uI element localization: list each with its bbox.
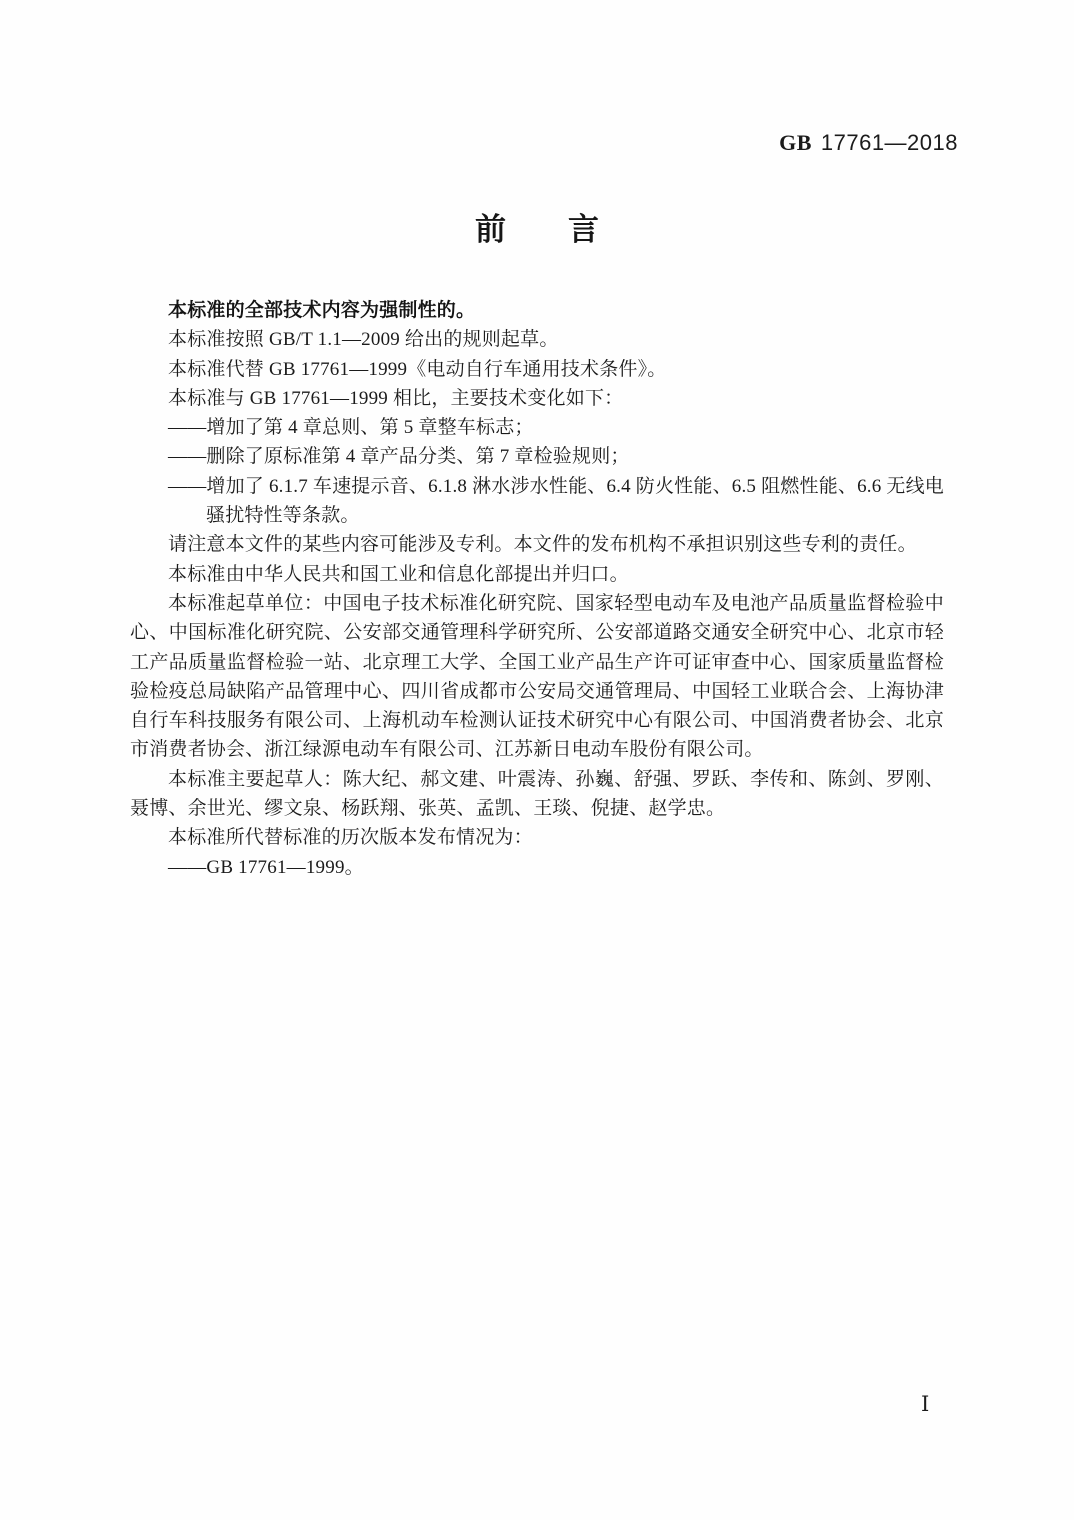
foreword-paragraph-patent-note: 请注意本文件的某些内容可能涉及专利。本文件的发布机构不承担识别这些专利的责任。 — [130, 530, 944, 559]
foreword-paragraph-history-intro: 本标准所代替标准的历次版本发布情况为： — [130, 823, 944, 852]
foreword-paragraph-drafting-orgs: 本标准起草单位：中国电子技术标准化研究院、国家轻型电动车及电池产品质量监督检验中… — [130, 589, 944, 765]
foreword-paragraph-mandatory-note: 本标准的全部技术内容为强制性的。 — [130, 296, 944, 325]
page-number: Ⅰ — [921, 1392, 929, 1416]
foreword-change-item: ——删除了原标准第 4 章产品分类、第 7 章检验规则； — [130, 442, 944, 471]
standard-code-number: 17761—2018 — [821, 130, 958, 155]
document-title: 前 言 — [0, 213, 1074, 247]
foreword-paragraph-drafting-rule: 本标准按照 GB/T 1.1—2009 给出的规则起草。 — [130, 325, 944, 354]
document-page: GB17761—2018 前 言 本标准的全部技术内容为强制性的。 本标准按照 … — [0, 0, 1074, 1520]
standard-code: GB17761—2018 — [779, 130, 958, 156]
foreword-change-item: ——增加了 6.1.7 车速提示音、6.1.8 淋水涉水性能、6.4 防火性能、… — [130, 472, 944, 531]
foreword-paragraph-issuing-body: 本标准由中华人民共和国工业和信息化部提出并归口。 — [130, 560, 944, 589]
foreword-history-item: ——GB 17761—1999。 — [130, 853, 944, 882]
foreword-paragraph-changes-intro: 本标准与 GB 17761—1999 相比，主要技术变化如下： — [130, 384, 944, 413]
foreword-body: 本标准的全部技术内容为强制性的。 本标准按照 GB/T 1.1—2009 给出的… — [130, 296, 944, 882]
foreword-change-item: ——增加了第 4 章总则、第 5 章整车标志； — [130, 413, 944, 442]
foreword-paragraph-drafters: 本标准主要起草人：陈大纪、郝文建、叶震涛、孙巍、舒强、罗跃、李传和、陈剑、罗刚、… — [130, 765, 944, 824]
standard-code-prefix: GB — [779, 130, 812, 155]
foreword-paragraph-replaces: 本标准代替 GB 17761—1999《电动自行车通用技术条件》。 — [130, 355, 944, 384]
